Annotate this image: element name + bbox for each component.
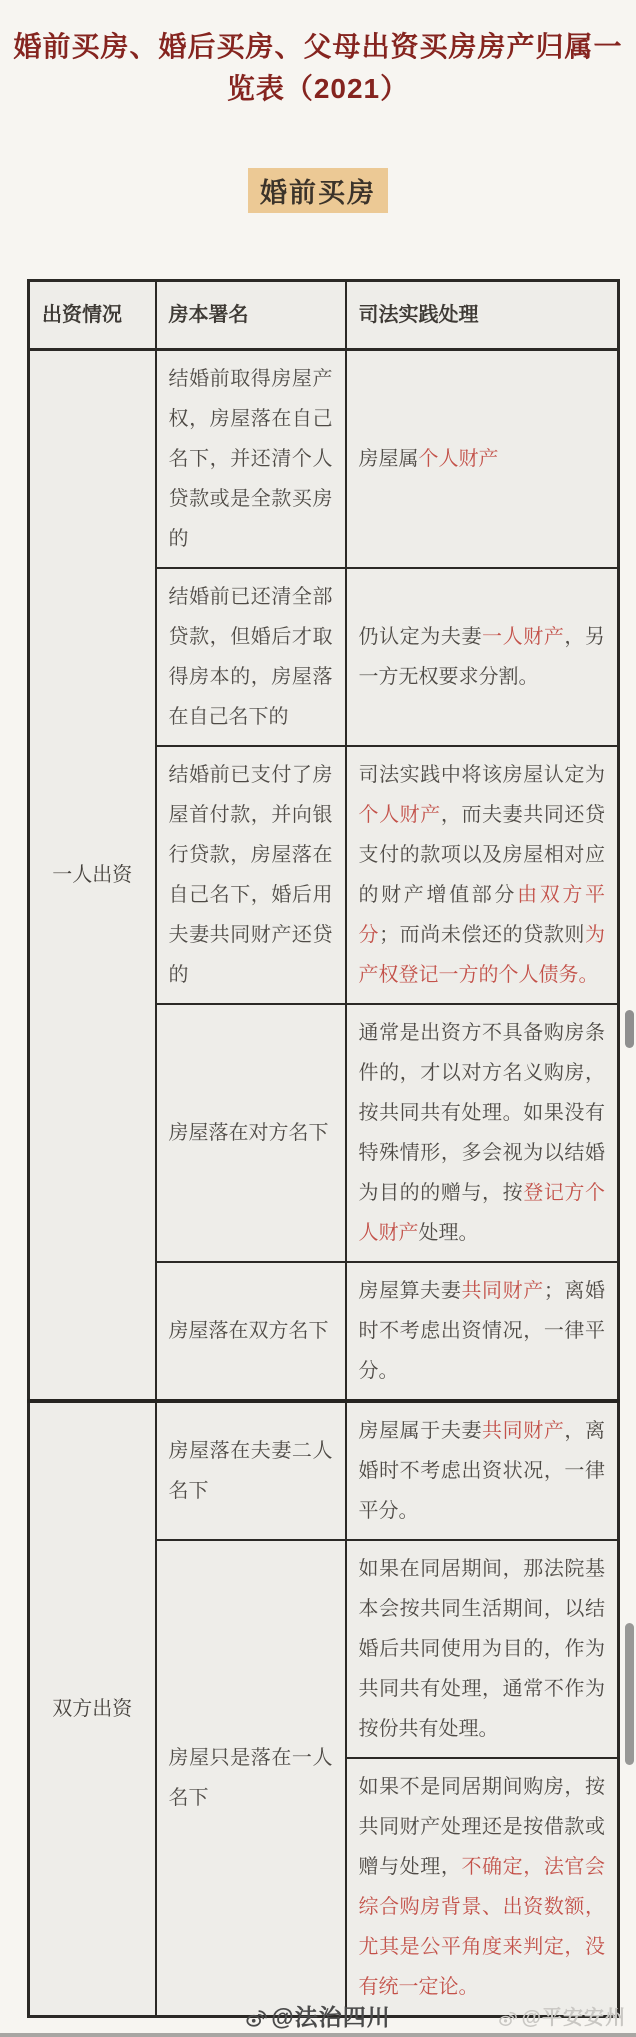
scrollbar-thumb[interactable] <box>625 1623 634 1765</box>
watermark-right-text: @平安安州 <box>521 2007 626 2029</box>
treatment-text: 司法实践中将该房屋认定为 <box>359 764 606 786</box>
treatment-text: 如果在同居期间，那法院基本会按共同生活期间，以结婚后共同使用为目的，作为共同共有… <box>359 1558 606 1740</box>
treatment-text-red: 个人财产 <box>419 448 499 470</box>
signature-cell: 结婚前已还清全部贷款，但婚后才取得房本的，房屋落在自己名下的 <box>156 568 346 746</box>
treatment-text: 通常是出资方不具备购房条件的，才以对方名义购房，按共同共有处理。如果没有特殊情形… <box>359 1022 606 1204</box>
treatment-text: 房屋属于夫妻 <box>359 1420 483 1442</box>
page-title-line1: 婚前买房、婚后买房、父母出资买房房产归属一 <box>0 26 636 68</box>
watermark-center-text: @法治四川 <box>271 2004 390 2030</box>
signature-cell: 房屋落在夫妻二人名下 <box>156 1401 346 1540</box>
treatment-cell: 通常是出资方不具备购房条件的，才以对方名义购房，按共同共有处理。如果没有特殊情形… <box>346 1004 619 1262</box>
treatment-cell: 如果在同居期间，那法院基本会按共同生活期间，以结婚后共同使用为目的，作为共同共有… <box>346 1540 619 1758</box>
footer: @法治四川 @平安安州 <box>0 1999 636 2033</box>
watermark-right: @平安安州 <box>498 2001 626 2034</box>
col-header-treatment: 司法实践处理 <box>346 281 619 350</box>
treatment-text-red: 一人财产 <box>482 626 564 648</box>
treatment-text-red: 个人财产 <box>359 804 441 826</box>
treatment-text: 房屋属 <box>359 448 419 470</box>
signature-cell: 房屋只是落在一人名下 <box>156 1540 346 2017</box>
property-ownership-table: 出资情况 房本署名 司法实践处理 一人出资 结婚前取得房屋产权，房屋落在自己名下… <box>27 279 620 2018</box>
signature-cell: 结婚前已支付了房屋首付款，并向银行贷款，房屋落在自己名下，婚后用夫妻共同财产还贷… <box>156 746 346 1004</box>
col-header-funding: 出资情况 <box>29 281 156 350</box>
treatment-text-red: 共同财产 <box>482 1420 564 1442</box>
bottom-edge-strip <box>0 2033 636 2037</box>
table-row: 双方出资 房屋落在夫妻二人名下 房屋属于夫妻共同财产，离婚时不考虑出资状况，一律… <box>29 1401 619 1540</box>
table-row: 一人出资 结婚前取得房屋产权，房屋落在自己名下，并还清个人贷款或是全款买房的 房… <box>29 350 619 569</box>
signature-cell: 房屋落在对方名下 <box>156 1004 346 1262</box>
group-label-one-person: 一人出资 <box>29 350 156 1402</box>
treatment-text: ；而尚未偿还的贷款则 <box>379 924 585 946</box>
signature-cell: 房屋落在双方名下 <box>156 1262 346 1401</box>
treatment-cell: 房屋属于夫妻共同财产，离婚时不考虑出资状况，一律平分。 <box>346 1401 619 1540</box>
weibo-eye-icon <box>245 2008 267 2034</box>
table-header-row: 出资情况 房本署名 司法实践处理 <box>29 281 619 350</box>
signature-cell: 结婚前取得房屋产权，房屋落在自己名下，并还清个人贷款或是全款买房的 <box>156 350 346 569</box>
treatment-cell: 司法实践中将该房屋认定为个人财产，而夫妻共同还贷支付的款项以及房屋相对应的财产增… <box>346 746 619 1004</box>
page-title: 婚前买房、婚后买房、父母出资买房房产归属一 览表（2021） <box>0 26 636 110</box>
treatment-text: 处理。 <box>419 1222 479 1244</box>
treatment-text: 仍认定为夫妻 <box>359 626 483 648</box>
treatment-cell: 房屋属个人财产 <box>346 350 619 569</box>
section-badge: 婚前买房 <box>248 168 388 213</box>
treatment-text-red: 共同财产 <box>461 1280 543 1302</box>
group-label-both-persons: 双方出资 <box>29 1401 156 2017</box>
treatment-text: 房屋算夫妻 <box>359 1280 462 1302</box>
scrollbar-thumb[interactable] <box>625 1010 634 1048</box>
col-header-signature: 房本署名 <box>156 281 346 350</box>
page-title-line2: 览表（2021） <box>0 68 636 110</box>
treatment-cell: 仍认定为夫妻一人财产，另一方无权要求分割。 <box>346 568 619 746</box>
treatment-cell: 房屋算夫妻共同财产；离婚时不考虑出资情况，一律平分。 <box>346 1262 619 1401</box>
section-badge-wrap: 婚前买房 <box>0 168 636 213</box>
treatment-cell: 如果不是同居期间购房，按共同财产处理还是按借款或赠与处理，不确定，法官会综合购房… <box>346 1758 619 2017</box>
weibo-eye-icon <box>498 2011 517 2033</box>
